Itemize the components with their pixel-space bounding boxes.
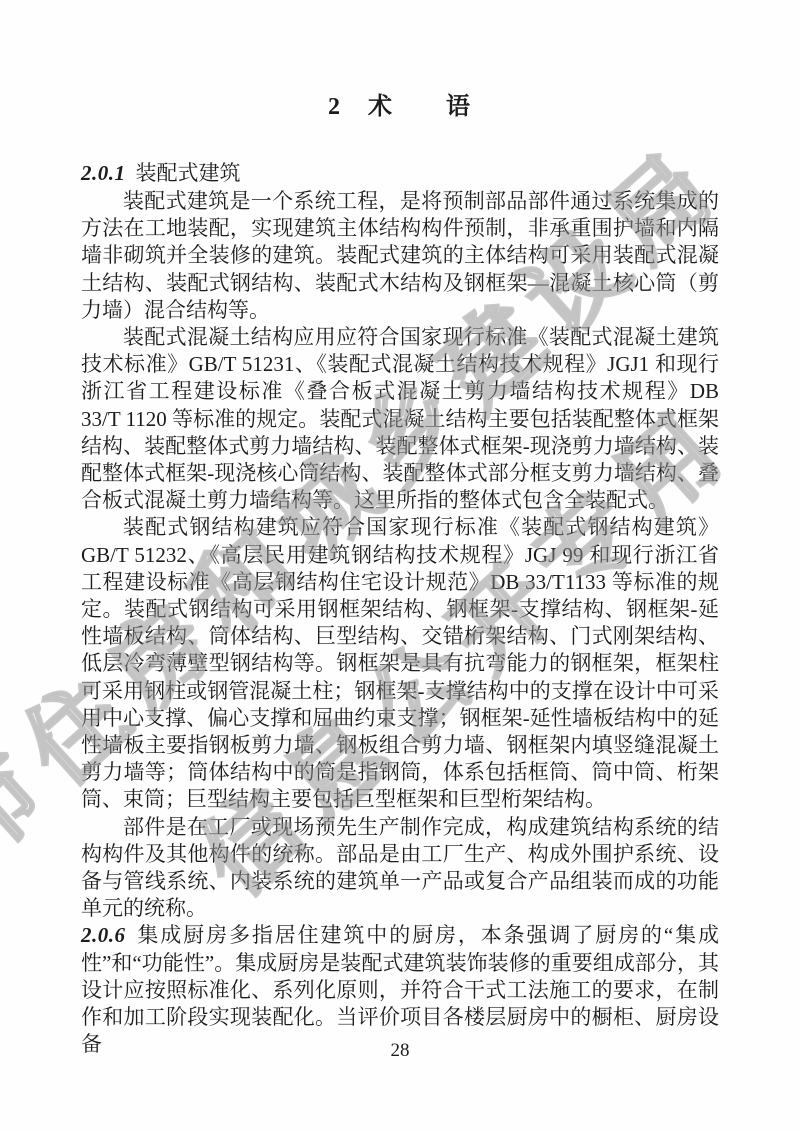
paragraph-3: 装配式钢结构建筑应符合国家现行标准《装配式钢结构建筑》GB/T 51232、《高… [81,514,719,813]
clause-number: 2.0.1 [81,161,126,185]
clause-term: 装配式建筑 [136,161,241,185]
paragraph-1: 装配式建筑是一个系统工程，是将预制部品部件通过系统集成的方法在工地装配，实现建筑… [81,188,719,324]
clause-text: 集成厨房多指居住建筑中的厨房，本条强调了厨房的“集成性”和“功能性”。集成厨房是… [81,923,719,1056]
clause-2-0-6-paragraph: 2.0.6集成厨房多指居住建筑中的厨房，本条强调了厨房的“集成性”和“功能性”。… [81,922,719,1058]
clause-2-0-1-heading: 2.0.1装配式建筑 [81,160,719,187]
clause-number: 2.0.6 [81,923,126,947]
document-page: 市住房和城乡建设局 信息公开专用 2 术 语 2.0.1装配式建筑 装配式建筑是… [0,0,800,1131]
chapter-title: 2 术 语 [81,92,719,122]
paragraph-2: 装配式混凝土结构应用应符合国家现行标准《装配式混凝土建筑技术标准》GB/T 51… [81,324,719,514]
page-content: 2 术 语 2.0.1装配式建筑 装配式建筑是一个系统工程，是将预制部品部件通过… [0,0,800,1059]
page-number: 28 [0,1040,800,1062]
paragraph-4: 部件是在工厂或现场预先生产制作完成，构成建筑结构系统的结构构件及其他构件的统称。… [81,814,719,923]
